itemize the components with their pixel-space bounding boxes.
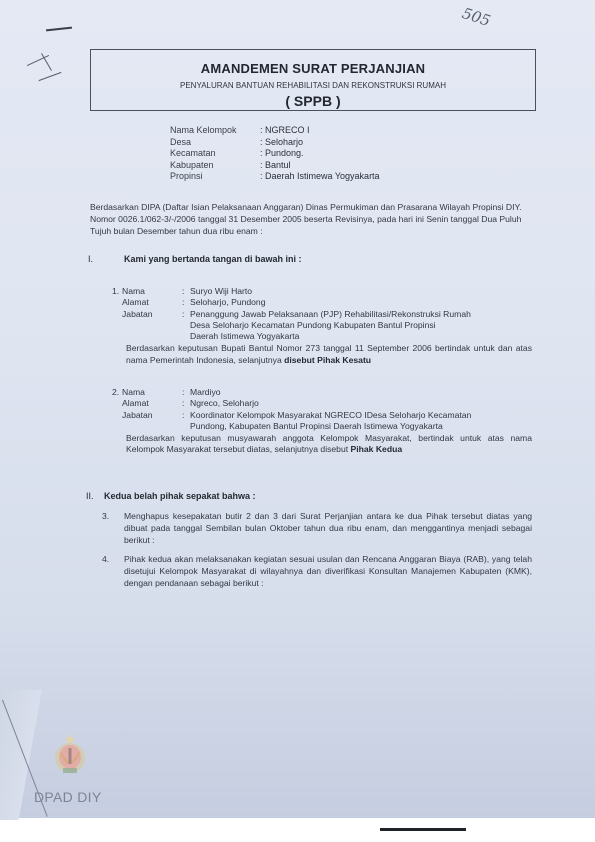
clause-3: 3. Menghapus kesepakatan butir 2 dan 3 d…	[102, 510, 532, 546]
info-row-district: Kecamatan : Pundong.	[170, 148, 380, 160]
section-2-heading: II.Kedua belah pihak sepakat bahwa :	[86, 491, 256, 501]
party-1: 1.Nama :Suryo Wiji Harto Alamat :Selohar…	[112, 286, 532, 366]
info-row-regency: Kabupaten : Bantul	[170, 160, 380, 172]
party-2: 2.Nama :Mardiyo Alamat :Ngreco, Seloharj…	[112, 387, 532, 456]
party-1-address: Seloharjo, Pundong	[190, 297, 532, 308]
title-box: AMANDEMEN SURAT PERJANJIAN PENYALURAN BA…	[90, 49, 536, 111]
intro-paragraph: Berdasarkan DIPA (Daftar Isian Pelaksana…	[90, 201, 538, 237]
party-1-name: Suryo Wiji Harto	[190, 286, 532, 297]
party-2-position: Koordinator Kelompok Masyarakat NGRECO I…	[190, 410, 532, 421]
party-1-statement: Berdasarkan keputusan Bupati Bantul Nomo…	[112, 343, 532, 366]
section-1-heading: I.Kami yang bertanda tangan di bawah ini…	[88, 254, 302, 264]
party-2-address: Ngreco, Seloharjo	[190, 398, 532, 409]
party-1-position: Penanggung Jawab Pelaksanaan (PJP) Rehab…	[190, 309, 532, 320]
info-row-province: Propinsi : Daerah Istimewa Yogyakarta	[170, 171, 380, 183]
footer-watermark: DPAD DIY	[34, 789, 102, 805]
group-info: Nama Kelompok : NGRECO I Desa : Seloharj…	[170, 125, 380, 183]
document-code: ( SPPB )	[91, 93, 535, 109]
document-subtitle: PENYALURAN BANTUAN REHABILITASI DAN REKO…	[91, 81, 535, 90]
info-row-group-name: Nama Kelompok : NGRECO I	[170, 125, 380, 137]
footer-bar	[380, 828, 466, 831]
info-row-village: Desa : Seloharjo	[170, 137, 380, 149]
party-2-statement: Berdasarkan keputusan musyawarah anggota…	[112, 433, 532, 456]
document-title: AMANDEMEN SURAT PERJANJIAN	[91, 61, 535, 76]
regional-emblem-icon	[52, 733, 88, 779]
party-2-name: Mardiyo	[190, 387, 532, 398]
clause-4: 4. Pihak kedua akan melaksanakan kegiata…	[102, 553, 532, 589]
